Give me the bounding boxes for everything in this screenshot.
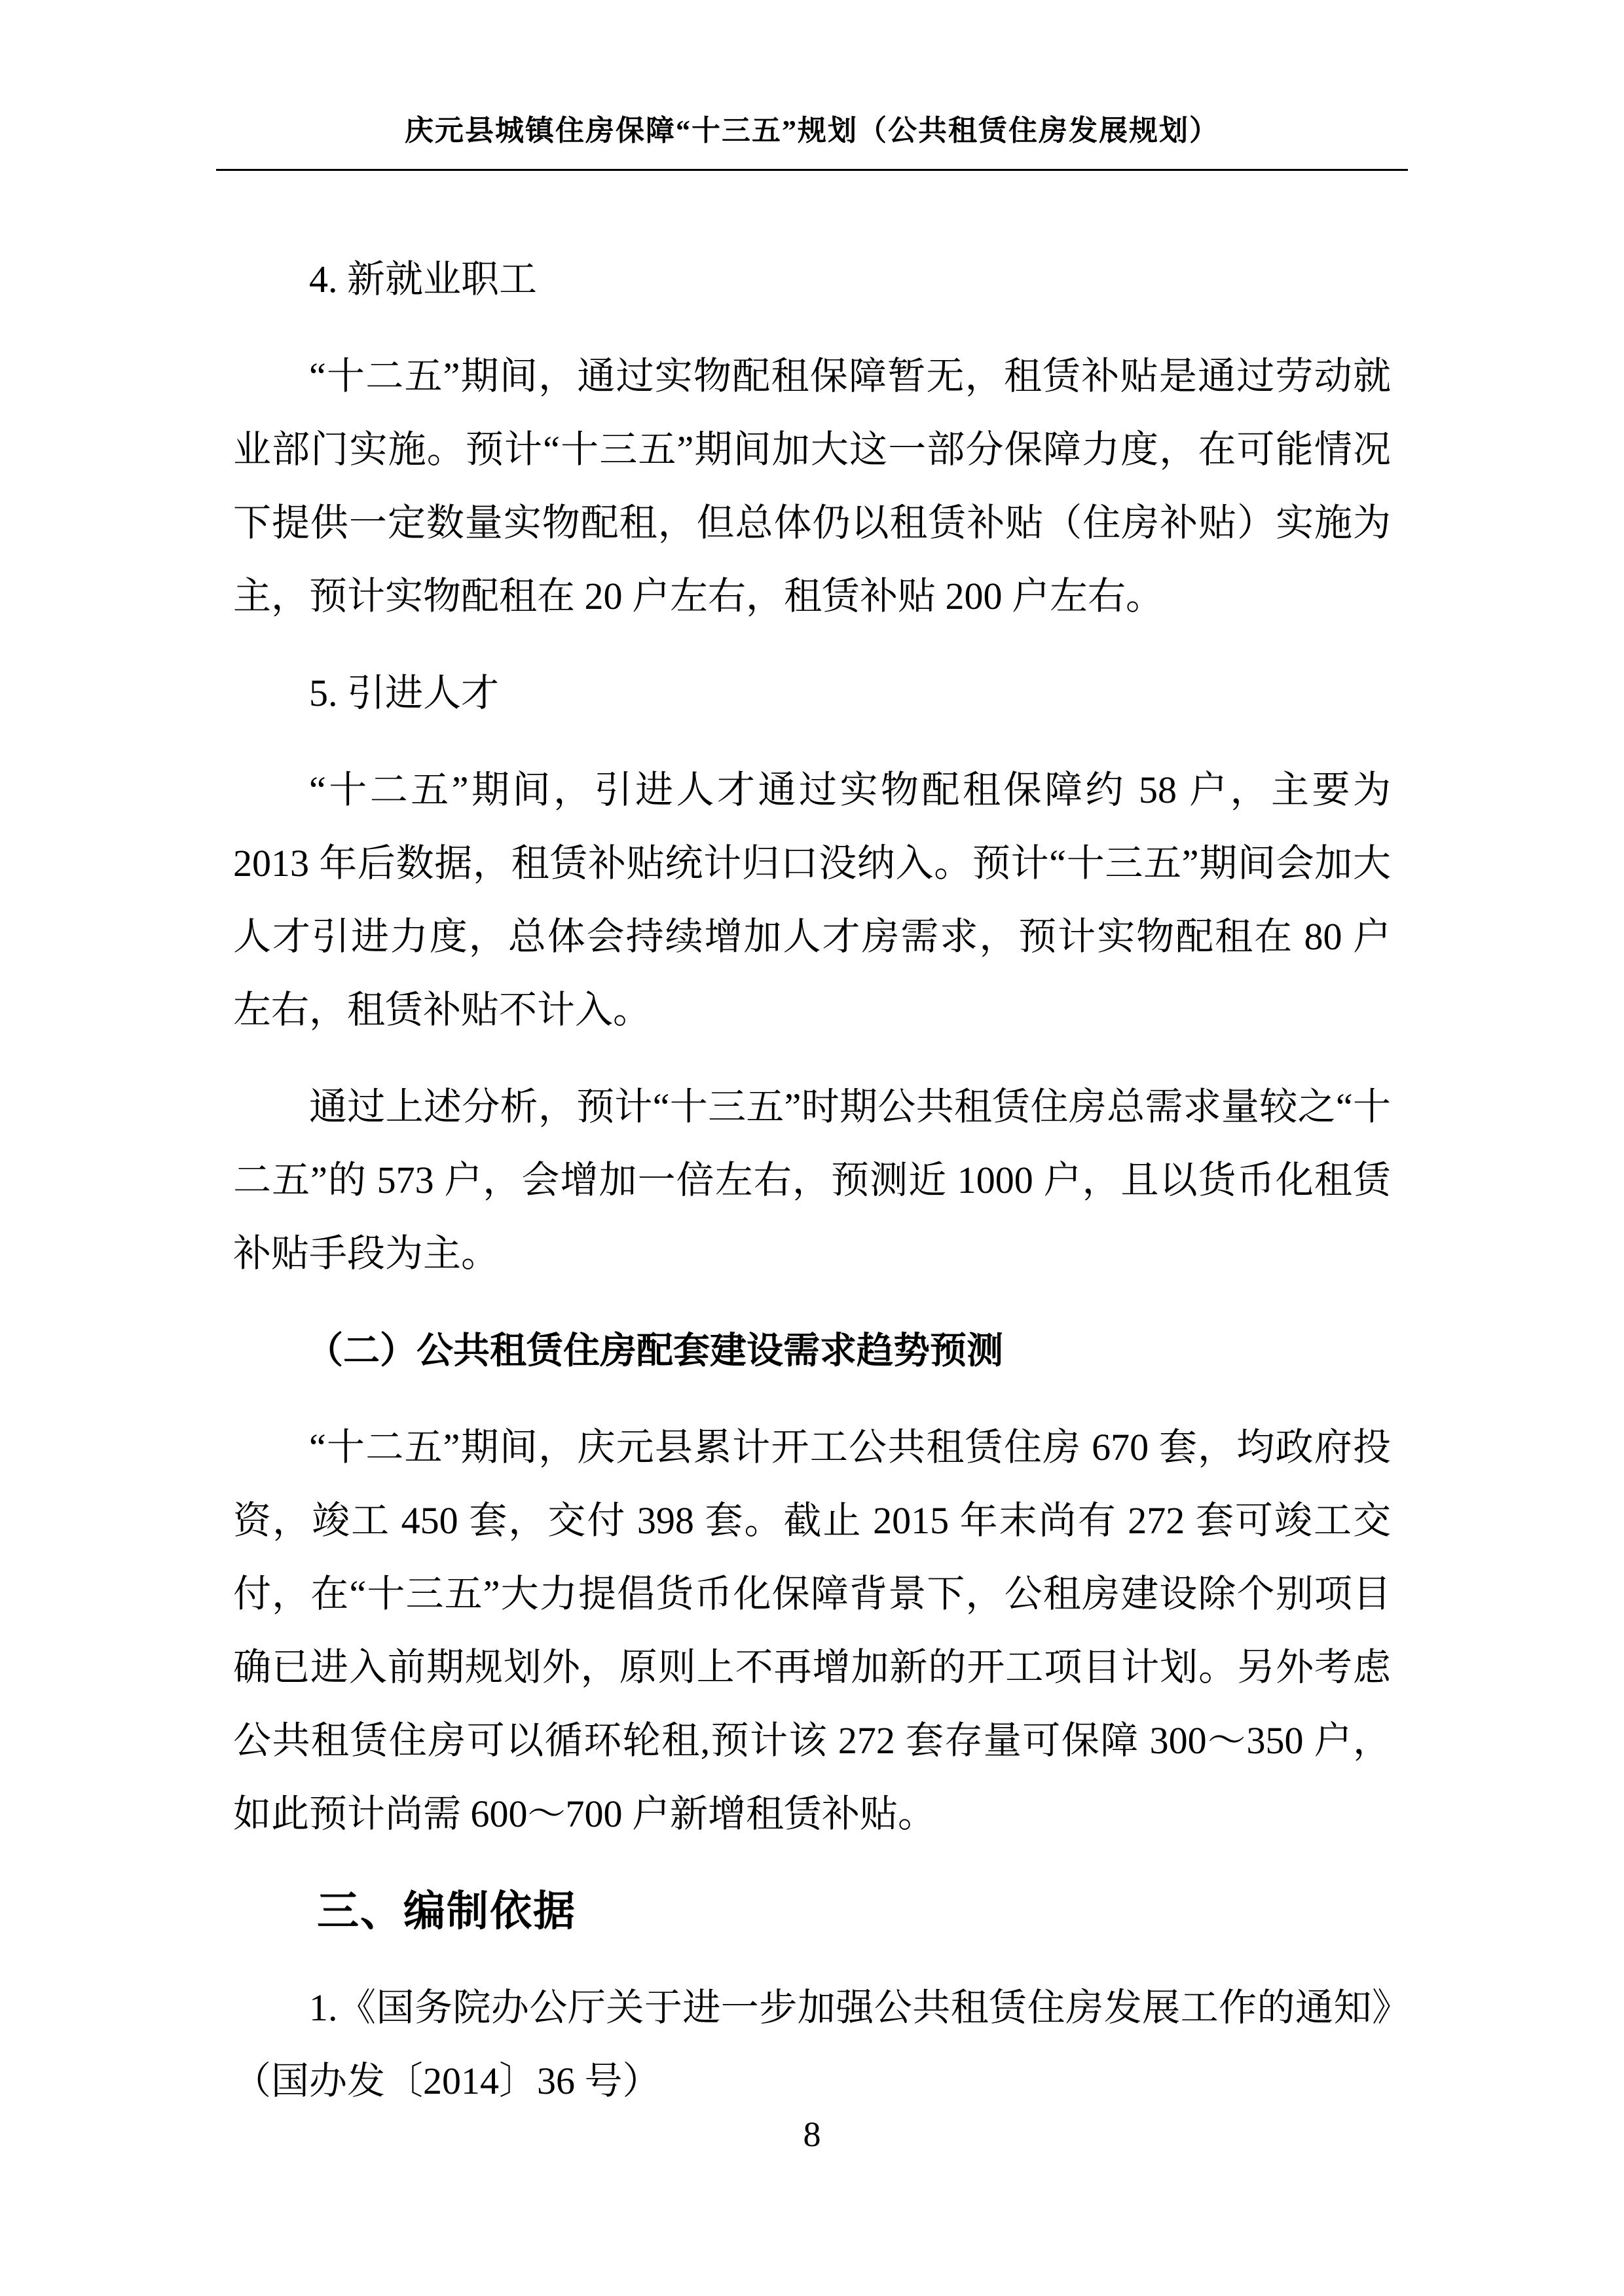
paragraph-basis-item-1: 1.《国务院办公厅关于进一步加强公共租赁住房发展工作的通知》（国办发〔2014〕… — [233, 1971, 1391, 2118]
section-heading-supporting-demand: （二）公共租赁住房配套建设需求趋势预测 — [233, 1314, 1391, 1387]
page-number: 8 — [803, 2115, 821, 2154]
page-header-title: 庆元县城镇住房保障“十三五”规划（公共租赁住房发展规划） — [216, 113, 1408, 149]
subheading-talent: 5. 引进人才 — [233, 657, 1391, 730]
page-footer: 8 — [0, 2111, 1624, 2157]
paragraph-new-workers: “十二五”期间，通过实物配租保障暂无，租赁补贴是通过劳动就业部门实施。预计“十三… — [233, 340, 1391, 633]
page-header: 庆元县城镇住房保障“十三五”规划（公共租赁住房发展规划） — [216, 0, 1408, 171]
document-page: 庆元县城镇住房保障“十三五”规划（公共租赁住房发展规划） 4. 新就业职工 “十… — [0, 0, 1624, 2296]
subheading-new-workers: 4. 新就业职工 — [233, 243, 1391, 316]
chapter-heading-compilation-basis: 三、编制依据 — [233, 1874, 1391, 1948]
paragraph-summary: 通过上述分析，预计“十三五”时期公共租赁住房总需求量较之“十二五”的 573 户… — [233, 1070, 1391, 1290]
paragraph-talent: “十二五”期间，引进人才通过实物配租保障约 58 户，主要为 2013 年后数据… — [233, 754, 1391, 1047]
paragraph-supporting-demand: “十二五”期间，庆元县累计开工公共租赁住房 670 套，均政府投资，竣工 450… — [233, 1411, 1391, 1851]
document-body: 4. 新就业职工 “十二五”期间，通过实物配租保障暂无，租赁补贴是通过劳动就业部… — [233, 243, 1391, 2118]
